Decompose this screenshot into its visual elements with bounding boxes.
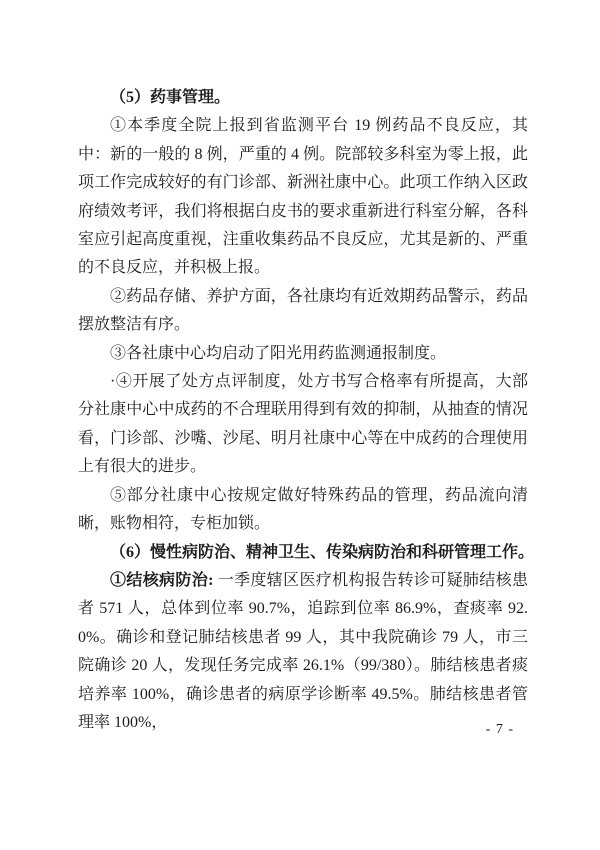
- paragraph-adr-reporting: ①本季度全院上报到省监测平台 19 例药品不良反应，其中：新的一般的 8 例，严…: [78, 112, 528, 282]
- paragraph-prescription-review: ·④开展了处方点评制度，处方书写合格率有所提高，大部分社康中心中成药的不合理联用…: [78, 368, 528, 482]
- document-body: （5）药事管理。 ①本季度全院上报到省监测平台 19 例药品不良反应，其中：新的…: [78, 84, 528, 737]
- paragraph-drug-storage: ②药品存储、养护方面，各社康均有近效期药品警示，药品摆放整洁有序。: [78, 283, 528, 340]
- document-page: （5）药事管理。 ①本季度全院上报到省监测平台 19 例药品不良反应，其中：新的…: [0, 0, 600, 850]
- paragraph-sunshine-monitoring: ③各社康中心均启动了阳光用药监测通报制度。: [78, 340, 528, 368]
- paragraph-tuberculosis: ①结核病防治: 一季度辖区医疗机构报告转诊可疑肺结核患者 571 人，总体到位率…: [78, 567, 528, 737]
- paragraph-special-drugs: ⑤部分社康中心按规定做好特殊药品的管理，药品流向清晰，账物相符，专柜加锁。: [78, 482, 528, 539]
- section-heading-6: （6）慢性病防治、精神卫生、传染病防治和科研管理工作。: [78, 539, 528, 567]
- page-number: - 7 -: [486, 720, 514, 740]
- section-heading-5: （5）药事管理。: [78, 84, 528, 112]
- paragraph-tuberculosis-text: 一季度辖区医疗机构报告转诊可疑肺结核患者 571 人，总体到位率 90.7%，追…: [78, 572, 528, 731]
- paragraph-tuberculosis-lead: ①结核病防治:: [110, 572, 213, 589]
